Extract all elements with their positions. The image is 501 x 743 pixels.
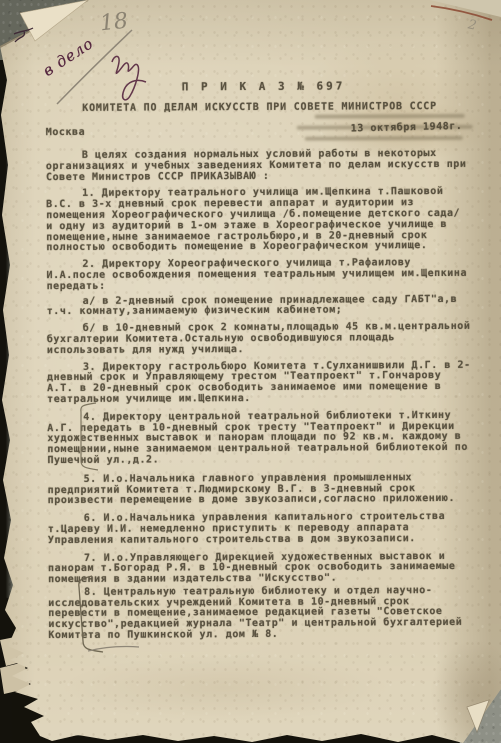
city-label: Москва xyxy=(46,127,85,138)
order-item-7: 7. И.о.Управляющего Дирекцией художестве… xyxy=(48,551,474,586)
order-item-1: 1. Директору театрального училища им.Щеп… xyxy=(46,187,472,254)
order-item-2: 2. Директору Хореографического училища т… xyxy=(46,258,472,293)
handwritten-file-number: 18 xyxy=(99,9,129,37)
scanned-document-photo: П Р И К А З № 697 КОМИТЕТА ПО ДЕЛАМ ИСКУ… xyxy=(0,0,501,743)
preamble: В целях создания нормальных условий рабо… xyxy=(46,149,472,184)
order-item-4: 4. Директору центральной театральной биб… xyxy=(47,411,473,467)
typewritten-layer: П Р И К А З № 697 КОМИТЕТА ПО ДЕЛАМ ИСКУ… xyxy=(0,0,501,743)
order-item-5: 5. И.о.Начальника главного управления пр… xyxy=(48,473,474,508)
order-body: В целях создания нормальных условий рабо… xyxy=(46,149,475,648)
order-title: П Р И К А З № 697 xyxy=(148,79,378,93)
order-item-6: 6. И.о.Начальника управления капитальног… xyxy=(48,512,474,547)
order-item-2a: а/ в 2-дневный срок помещение принадлежа… xyxy=(47,294,473,318)
paper-sheet: П Р И К А З № 697 КОМИТЕТА ПО ДЕЛАМ ИСКУ… xyxy=(0,0,501,743)
order-item-8: 8. Центральную театральную библиотеку и … xyxy=(48,586,474,642)
order-item-2b: б/ в 10-дневный срок 2 комнаты,площадью … xyxy=(47,322,473,357)
order-item-3: 3. Директору гастрольбюро Комитета т.Сул… xyxy=(47,360,473,405)
